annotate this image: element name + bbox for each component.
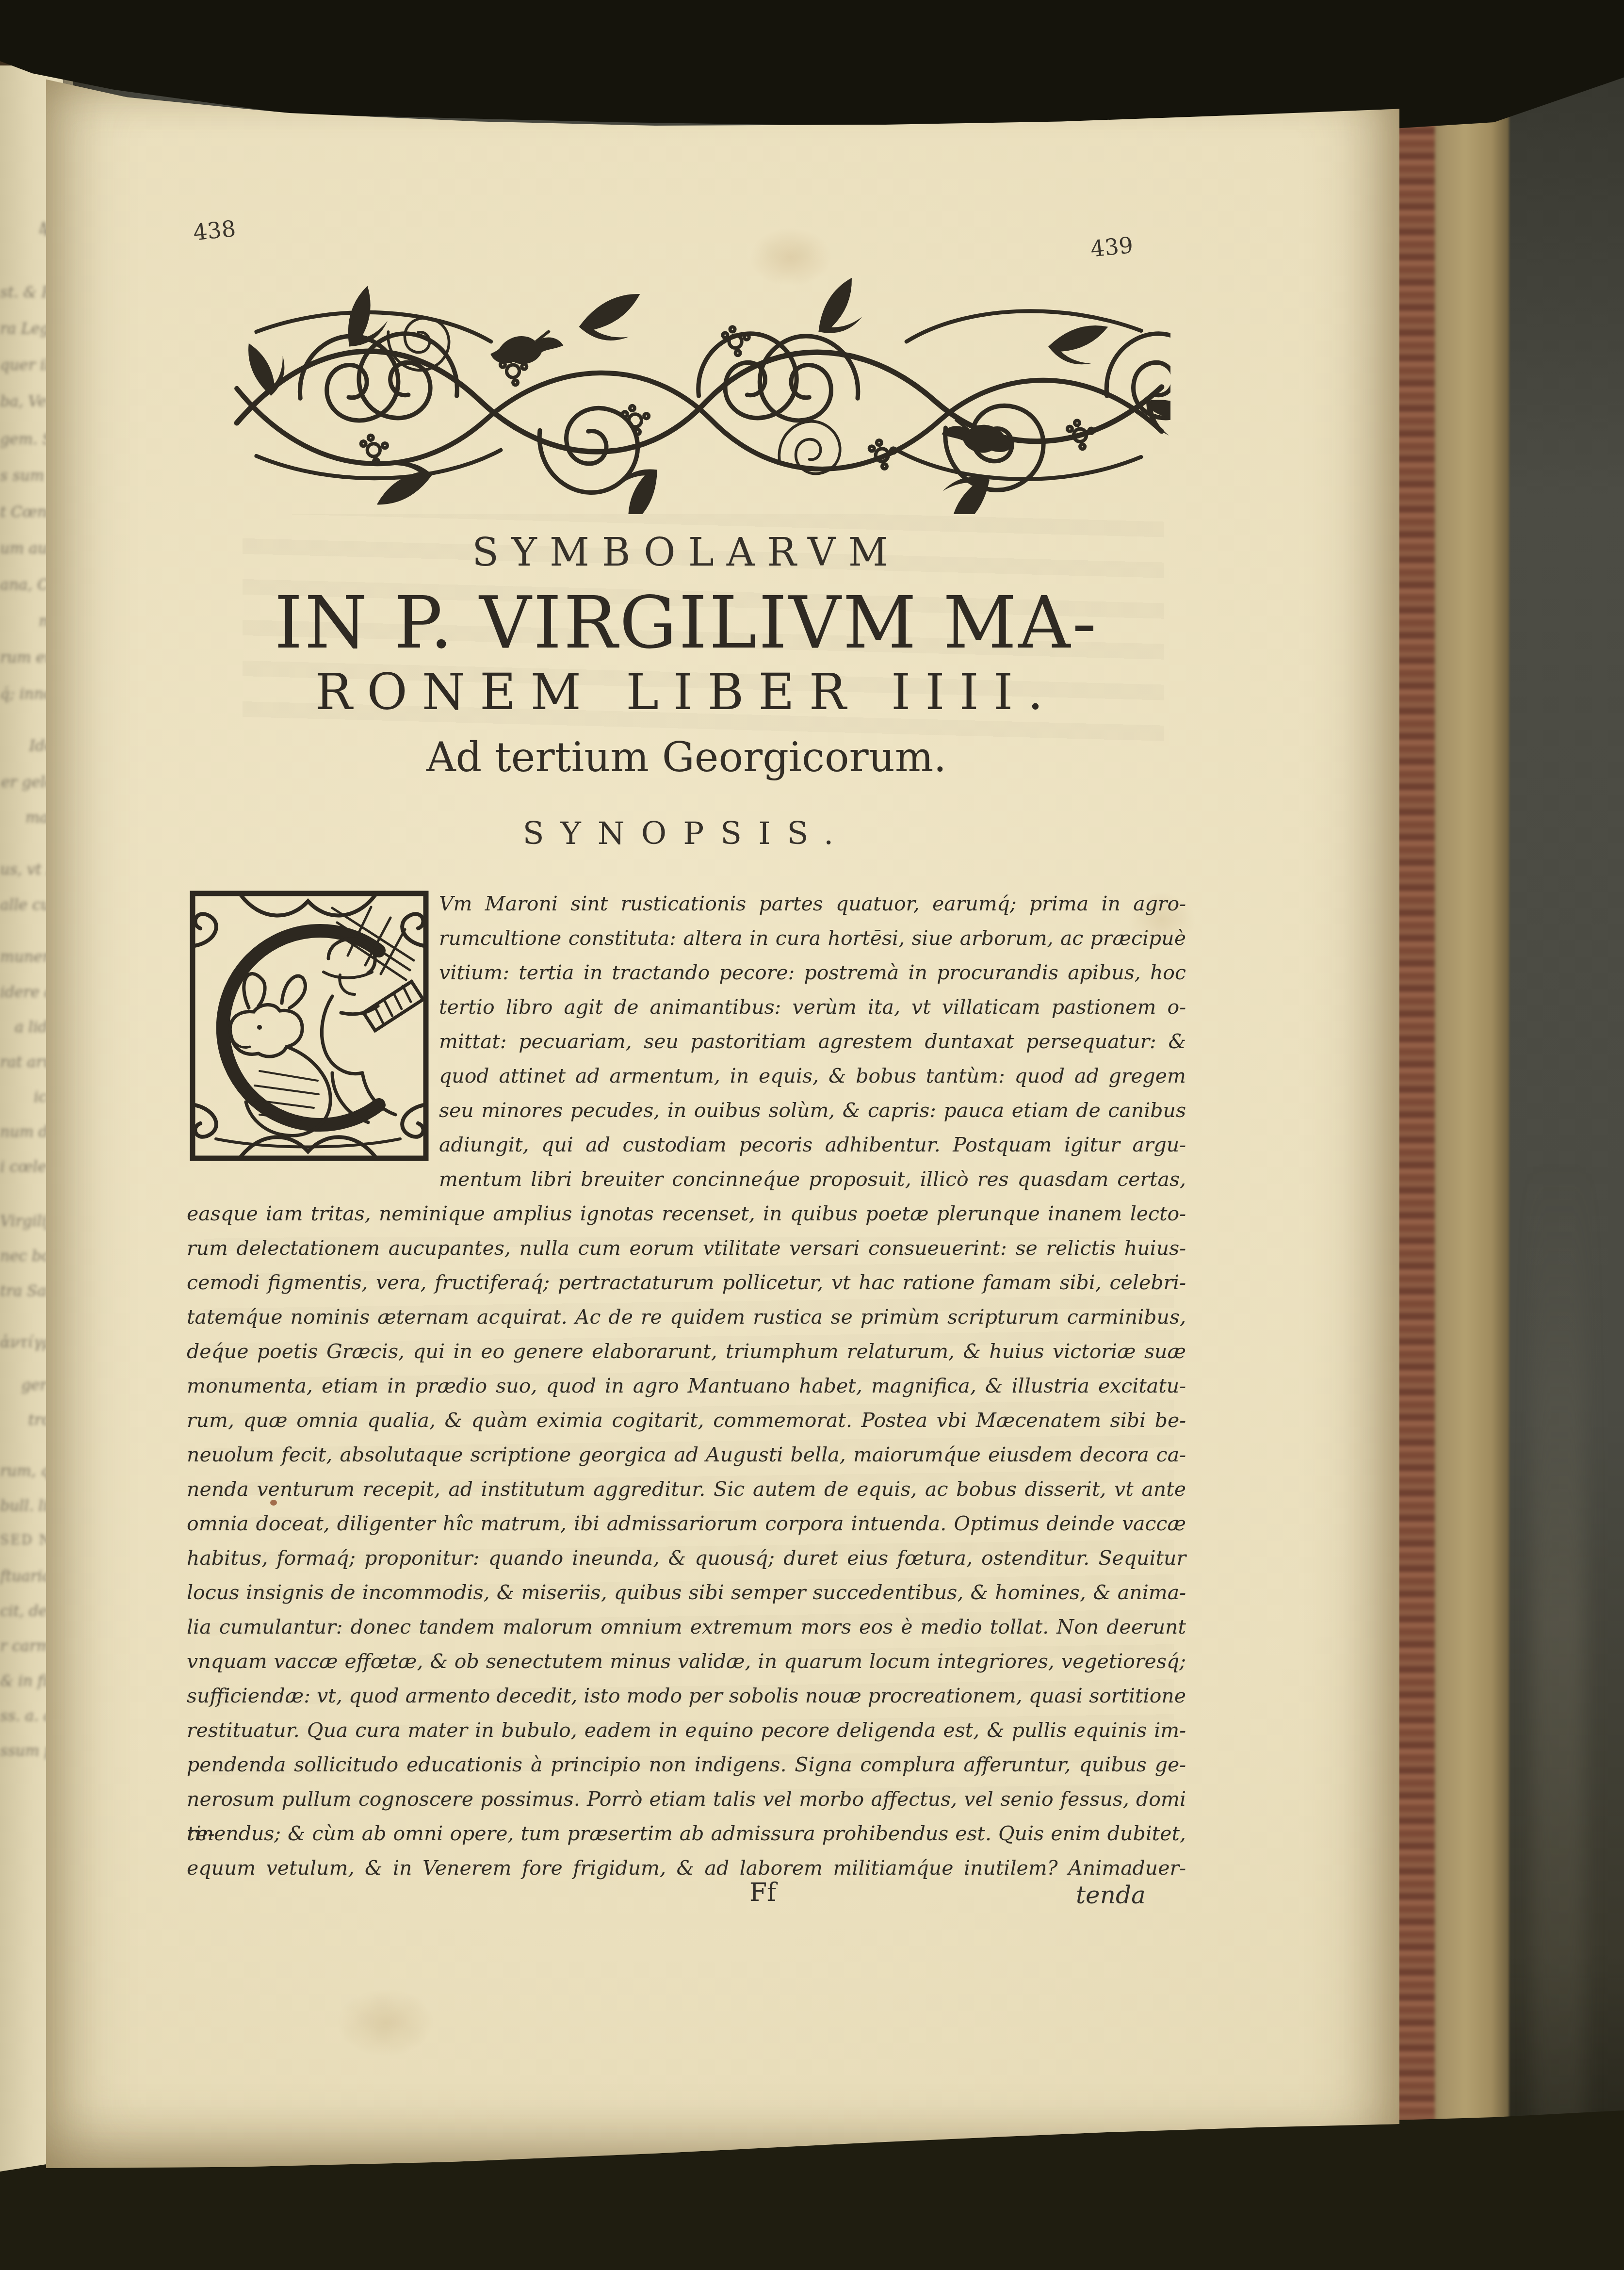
book-title-line1: IN P. VIRGILIVM MA- [187, 581, 1186, 665]
book-title-line2: RONEM LIBER IIII. [187, 664, 1186, 721]
body-text-line: lia cumulantur: donec tandem malorum omn… [187, 1610, 1186, 1644]
folio-number-right: 439 [1089, 232, 1134, 262]
quire-signature-mark: Ff [749, 1878, 776, 1907]
body-text-line: equum vetulum, & in Venerem fore frigidu… [187, 1851, 1186, 1885]
drop-cap-illustration [187, 887, 432, 1166]
synopsis-text-block: Vm Maroni sint rusticationis partes quat… [187, 887, 1186, 1885]
body-text-line: nenda venturum recepit, ad institutum ag… [187, 1472, 1186, 1507]
body-text-line: monumenta, etiam in prædio suo, quod in … [187, 1369, 1186, 1403]
body-text-line: locus insignis de incommodis, & miseriis… [187, 1575, 1186, 1610]
body-text-line: vnquam vaccæ effœtæ, & ob senectutem min… [187, 1644, 1186, 1679]
body-text-line: cemodi figmentis, vera, fructiferaq́; pe… [187, 1265, 1186, 1300]
folio-number-left: 438 [192, 215, 237, 246]
body-text-line: rum delectationem aucupantes, nulla cum … [187, 1231, 1186, 1265]
drop-cap-woodcut-C [187, 887, 439, 1195]
body-text-line: rum, quæ omnia qualia, & quàm eximia cog… [187, 1403, 1186, 1438]
body-text-line: tatemq́ue nominis æternam acquirat. Ac d… [187, 1300, 1186, 1334]
section-heading-synopsis: SYNOPSIS. [187, 816, 1186, 852]
body-text-line: deq́ue poetis Græcis, qui in eo genere e… [187, 1334, 1186, 1369]
body-text-line: easque iam tritas, neminique amplius ign… [187, 1197, 1186, 1231]
body-text-line: sufficiendæ: vt, quod armento decedit, i… [187, 1679, 1186, 1713]
book-scan-photo: { "page": { "left_folio": "438", "right_… [0, 0, 1624, 2270]
page-content: 438 439 [0, 0, 1624, 2270]
body-text-line: pendenda sollicitudo educationis à princ… [187, 1748, 1186, 1782]
body-text-line: habitus, formaq́; proponitur: quando ine… [187, 1541, 1186, 1575]
series-title: SYMBOLARVM [187, 530, 1186, 575]
dedication-line: Ad tertium Georgicorum. [187, 733, 1186, 781]
body-text-line: neuolum fecit, absolutaque scriptione ge… [187, 1438, 1186, 1472]
body-text-line: restituatur. Qua cura mater in bubulo, e… [187, 1713, 1186, 1748]
body-text-line: nerosum pullum cognoscere possimus. Porr… [187, 1782, 1186, 1816]
body-text-line: omnia doceat, diligenter hîc matrum, ibi… [187, 1507, 1186, 1541]
catchword: tenda [1076, 1881, 1146, 1909]
headpiece-woodcut-ornament [227, 273, 1170, 514]
body-text-line: tinendus; & cùm ab omni opere, tum præse… [187, 1816, 1186, 1851]
